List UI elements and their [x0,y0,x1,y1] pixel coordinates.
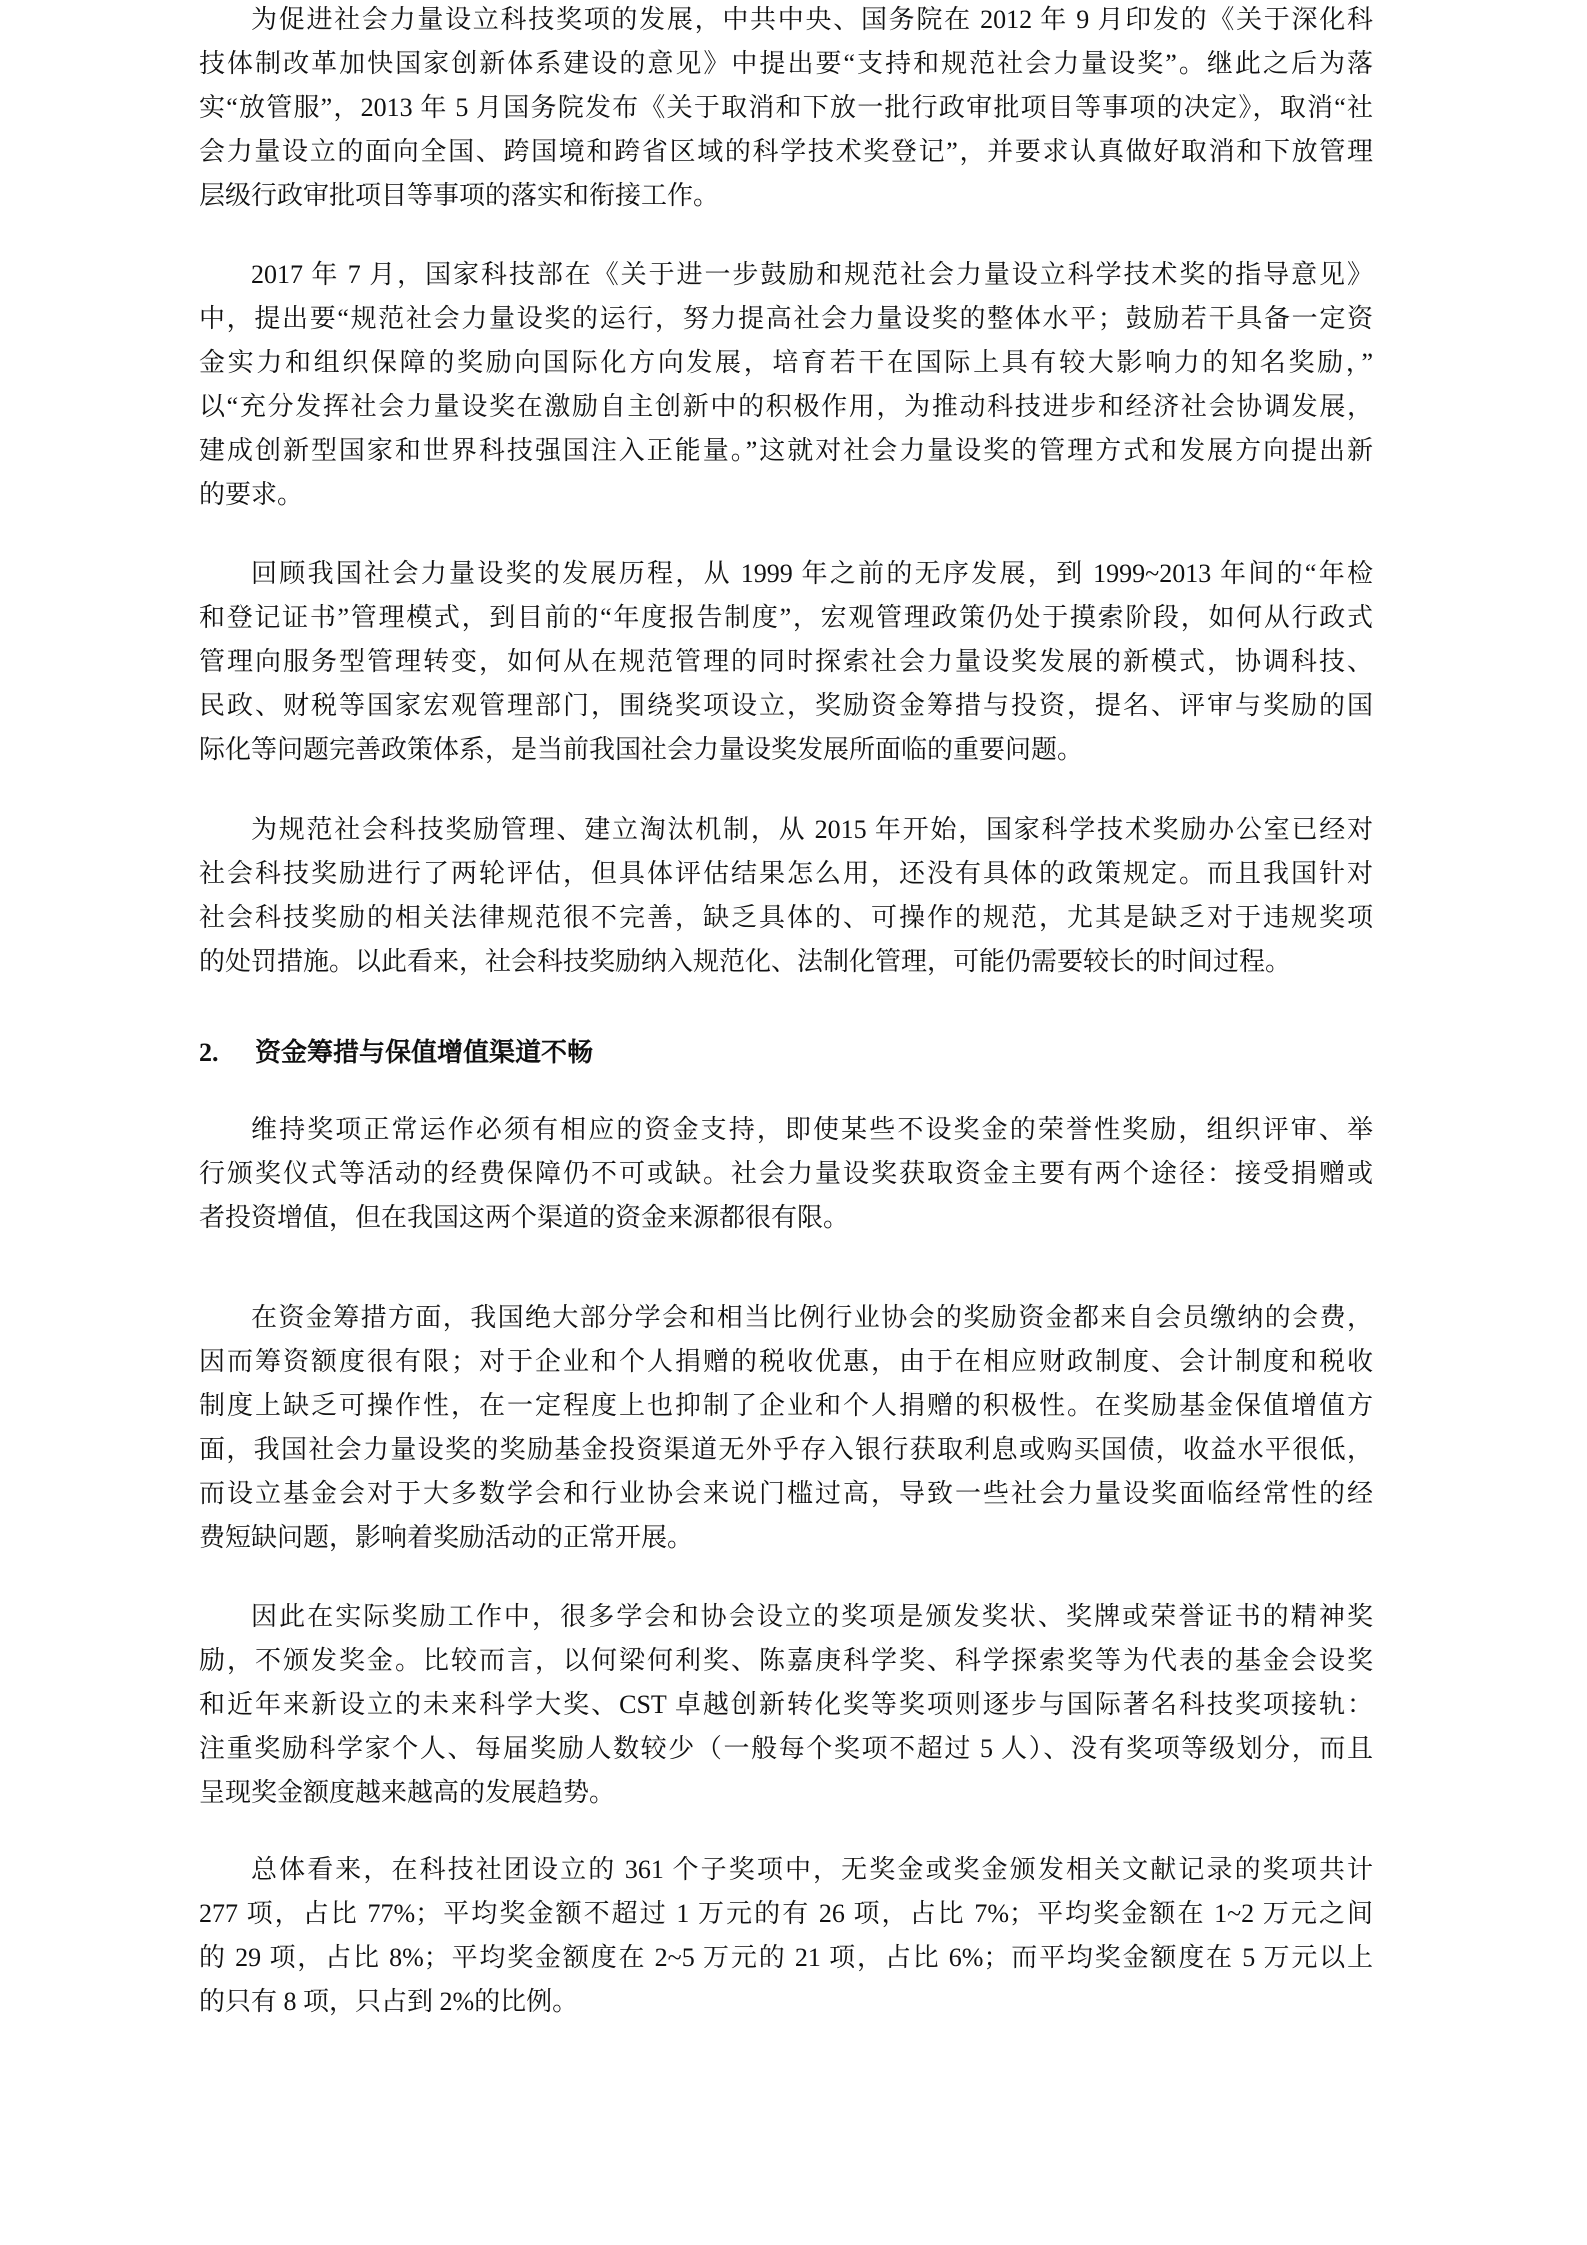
text-line: 管理向服务型管理转变，如何从在规范管理的同时探索社会力量设奖发展的新模式，协调科… [199,640,1373,684]
text-line: 金实力和组织保障的奖励向国际化方向发展，培育若干在国际上具有较大影响力的知名奖励… [199,341,1373,385]
text-line: 实“放管服”，2013 年 5 月国务院发布《关于取消和下放一批行政审批项目等事… [199,86,1373,130]
text-line: 277 项，占比 77%；平均奖金额不超过 1 万元的有 26 项，占比 7%；… [199,1892,1373,1936]
paragraph-history-review: 回顾我国社会力量设奖的发展历程，从 1999 年之前的无序发展，到 1999~2… [199,552,1373,772]
text-line: 和登记证书”管理模式，到目前的“年度报告制度”，宏观管理政策仍处于摸索阶段，如何… [199,596,1373,640]
text-line: 技体制改革加快国家创新体系建设的意见》中提出要“支持和规范社会力量设奖”。继此之… [199,42,1373,86]
text-line: 者投资增值，但在我国这两个渠道的资金来源都很有限。 [199,1196,1373,1240]
text-line: 建成创新型国家和世界科技强国注入正能量。”这就对社会力量设奖的管理方式和发展方向… [199,429,1373,473]
text-line: 际化等问题完善政策体系，是当前我国社会力量设奖发展所面临的重要问题。 [199,728,1373,772]
text-line: 行颁奖仪式等活动的经费保障仍不可或缺。社会力量设奖获取资金主要有两个途径：接受捐… [199,1152,1373,1196]
text-line: 民政、财税等国家宏观管理部门，围绕奖项设立，奖励资金筹措与投资，提名、评审与奖励… [199,684,1373,728]
text-line: 的要求。 [199,473,1373,517]
text-line: 励，不颁发奖金。比较而言，以何梁何利奖、陈嘉庚科学奖、科学探索奖等为代表的基金会… [199,1639,1373,1683]
text-line: 呈现奖金额度越来越高的发展趋势。 [199,1771,1373,1815]
text-line: 总体看来，在科技社团设立的 361 个子奖项中，无奖金或奖金颁发相关文献记录的奖… [199,1848,1373,1892]
text-line: 社会科技奖励进行了两轮评估，但具体评估结果怎么用，还没有具体的政策规定。而且我国… [199,852,1373,896]
text-line: 而设立基金会对于大多数学会和行业协会来说门槛过高，导致一些社会力量设奖面临经常性… [199,1472,1373,1516]
text-line: 和近年来新设立的未来科学大奖、CST 卓越创新转化奖等奖项则逐步与国际著名科技奖… [199,1683,1373,1727]
text-line: 费短缺问题，影响着奖励活动的正常开展。 [199,1516,1373,1560]
section-number: 2. [199,1031,255,1075]
text-line: 回顾我国社会力量设奖的发展历程，从 1999 年之前的无序发展，到 1999~2… [199,552,1373,596]
text-line: 制度上缺乏可操作性，在一定程度上也抑制了企业和个人捐赠的积极性。在奖励基金保值增… [199,1384,1373,1428]
paragraph-policy-2017: 2017 年 7 月，国家科技部在《关于进一步鼓励和规范社会力量设立科学技术奖的… [199,253,1373,517]
text-line: 中，提出要“规范社会力量设奖的运行，努力提高社会力量设奖的整体水平；鼓励若干具备… [199,297,1373,341]
paragraph-policy-2012: 为促进社会力量设立科技奖项的发展，中共中央、国务院在 2012 年 9 月印发的… [199,0,1373,218]
text-line: 的 29 项，占比 8%；平均奖金额度在 2~5 万元的 21 项，占比 6%；… [199,1936,1373,1980]
paragraph-fundraising: 在资金筹措方面，我国绝大部分学会和相当比例行业协会的奖励资金都来自会员缴纳的会费… [199,1296,1373,1560]
paragraph-award-practice: 因此在实际奖励工作中，很多学会和协会设立的奖项是颁发奖状、奖牌或荣誉证书的精神奖… [199,1595,1373,1815]
text-line: 因此在实际奖励工作中，很多学会和协会设立的奖项是颁发奖状、奖牌或荣誉证书的精神奖 [199,1595,1373,1639]
text-line: 层级行政审批项目等事项的落实和衔接工作。 [199,174,1373,218]
text-line: 为规范社会科技奖励管理、建立淘汰机制，从 2015 年开始，国家科学技术奖励办公… [199,808,1373,852]
section-title: 资金筹措与保值增值渠道不畅 [255,1038,593,1067]
text-line: 以“充分发挥社会力量设奖在激励自主创新中的积极作用，为推动科技进步和经济社会协调… [199,385,1373,429]
text-line: 的只有 8 项，只占到 2%的比例。 [199,1980,1373,2024]
paragraph-funding-need: 维持奖项正常运作必须有相应的资金支持，即使某些不设奖金的荣誉性奖励，组织评审、举… [199,1108,1373,1240]
text-line: 在资金筹措方面，我国绝大部分学会和相当比例行业协会的奖励资金都来自会员缴纳的会费… [199,1296,1373,1340]
text-line: 社会科技奖励的相关法律规范很不完善，缺乏具体的、可操作的规范，尤其是缺乏对于违规… [199,896,1373,940]
document-page: 为促进社会力量设立科技奖项的发展，中共中央、国务院在 2012 年 9 月印发的… [0,0,1587,2245]
text-line: 注重奖励科学家个人、每届奖励人数较少（一般每个奖项不超过 5 人）、没有奖项等级… [199,1727,1373,1771]
text-line: 为促进社会力量设立科技奖项的发展，中共中央、国务院在 2012 年 9 月印发的… [199,0,1373,42]
paragraph-evaluation: 为规范社会科技奖励管理、建立淘汰机制，从 2015 年开始，国家科学技术奖励办公… [199,808,1373,984]
section-heading: 2.资金筹措与保值增值渠道不畅 [199,1031,593,1075]
paragraph-statistics: 总体看来，在科技社团设立的 361 个子奖项中，无奖金或奖金颁发相关文献记录的奖… [199,1848,1373,2024]
text-line: 因而筹资额度很有限；对于企业和个人捐赠的税收优惠，由于在相应财政制度、会计制度和… [199,1340,1373,1384]
text-line: 的处罚措施。以此看来，社会科技奖励纳入规范化、法制化管理，可能仍需要较长的时间过… [199,940,1373,984]
text-line: 面，我国社会力量设奖的奖励基金投资渠道无外乎存入银行获取利息或购买国债，收益水平… [199,1428,1373,1472]
text-line: 维持奖项正常运作必须有相应的资金支持，即使某些不设奖金的荣誉性奖励，组织评审、举 [199,1108,1373,1152]
text-line: 会力量设立的面向全国、跨国境和跨省区域的科学技术奖登记”，并要求认真做好取消和下… [199,130,1373,174]
text-line: 2017 年 7 月，国家科技部在《关于进一步鼓励和规范社会力量设立科学技术奖的… [199,253,1373,297]
